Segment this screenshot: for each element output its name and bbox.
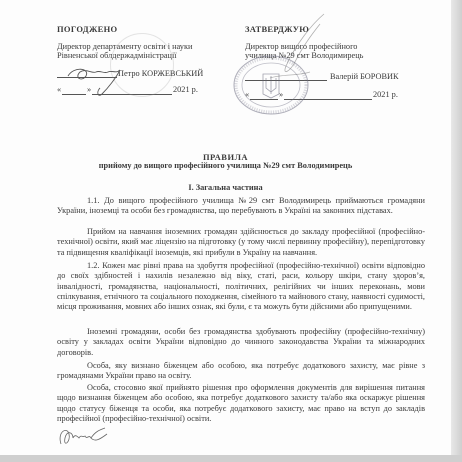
document-subtitle: прийому до вищого професійного училища №…: [0, 161, 451, 171]
paragraph-1-2: 1.2. Кожен має рівні права на здобуття п…: [57, 261, 425, 312]
page-edge-bottom: [0, 455, 462, 462]
paragraph-1-1: 1.1. До вищого професійного училища №29 …: [57, 196, 425, 217]
paragraph-asylum-seekers: Особа, стосовно якої прийнято рішення пр…: [57, 383, 425, 424]
approval-left-year: 2021 р.: [173, 85, 198, 95]
document-page: ПОГОДЖЕНО Директор департаменту освіти і…: [0, 0, 451, 455]
signature-left: [60, 58, 130, 100]
approval-right-name: Валерій БОРОВИК: [330, 72, 399, 82]
approval-left-heading: ПОГОДЖЕНО: [57, 24, 117, 34]
signature-bottom: [55, 424, 115, 452]
paragraph-foreigners-education: Іноземні громадяни, особи без громадянст…: [57, 327, 425, 358]
paragraph-refugees: Особа, яку визнано біженцем або особою, …: [57, 361, 425, 382]
approval-right-year: 2021 р.: [373, 90, 398, 100]
page-edge-right: [451, 0, 462, 462]
paragraph-foreign-admission: Прийом на навчання іноземних громадян зд…: [57, 227, 425, 258]
section-heading: І. Загальна частина: [0, 183, 451, 193]
signature-right: [262, 10, 332, 90]
